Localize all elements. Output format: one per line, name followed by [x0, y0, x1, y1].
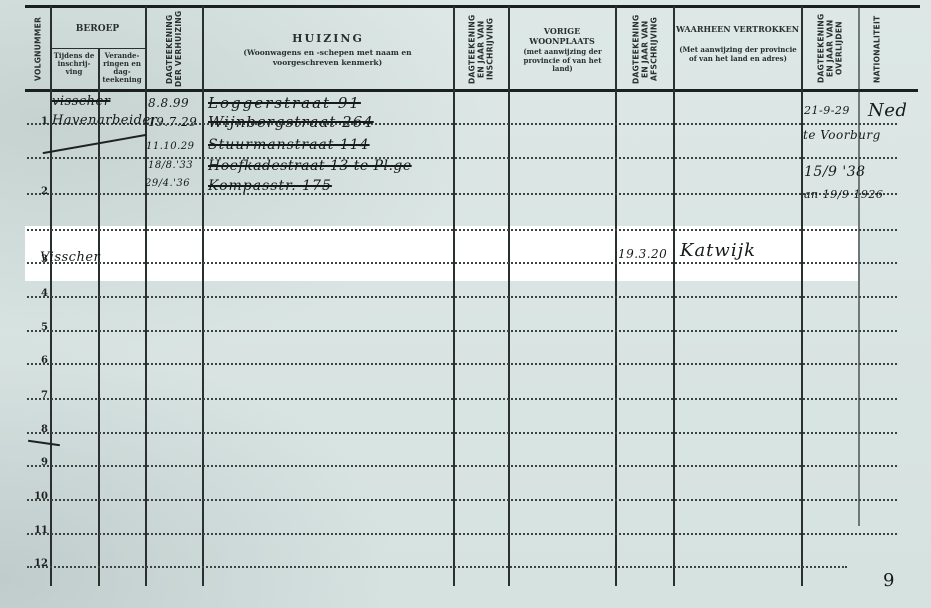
row-line — [27, 193, 897, 195]
header-huizing-subtitle: (Woonwagens en -schepen met naam en voor… — [225, 48, 430, 68]
afschrijving-date: 19.3.20 — [618, 247, 667, 261]
address-entry: Hoefkadestraat 13 te Pl.ge — [208, 158, 412, 174]
header-vorige-woonplaats-subtitle: (met aanwijzing der provincie of van het… — [515, 48, 610, 74]
header-dagteekening-verhuizing: DAGTEEKENING DER VERHUIZING — [150, 10, 198, 88]
verhuizing-date: 18/8.'33 — [148, 160, 193, 171]
nationaliteit-entry: Ned — [868, 100, 907, 121]
row-number: 4 — [30, 288, 48, 299]
row-line — [27, 566, 847, 568]
row-line — [27, 398, 897, 400]
row-line — [27, 157, 897, 159]
header-beroep-veranderingen: Verande-ringen en dag-teekening — [100, 52, 144, 84]
header-waarheen-subtitle: (Met aanwijzing der provincie of van het… — [678, 46, 798, 63]
header-huizing: HUIZING — [204, 32, 452, 45]
header-dagteekening-inschrijving: DAGTEEKENING EN JAAR VAN INSCHRIJVING — [458, 10, 504, 88]
waarheen-entry: Katwijk — [680, 240, 756, 261]
address-entry: Stuurmanstraat 114 — [208, 137, 370, 153]
pen-stroke — [43, 134, 147, 154]
page-mark: 9 — [883, 570, 895, 591]
row-line — [27, 330, 897, 332]
register-card: VOLGNUMMER BEROEP Tijdens de inschrij-vi… — [0, 0, 931, 608]
top-rule — [25, 5, 920, 8]
row-number: 6 — [30, 355, 48, 366]
beroep-entry: Havenarbeider — [52, 113, 157, 128]
header-volgnummer: VOLGNUMMER — [30, 10, 46, 88]
beroep-entry: visscher — [52, 94, 110, 109]
header-nationaliteit: NATIONALITEIT — [862, 10, 892, 88]
row-number: 5 — [30, 322, 48, 333]
row-number: 9 — [30, 457, 48, 468]
row-line — [27, 296, 897, 298]
header-beroep-tijdens: Tijdens de inschrij-ving — [52, 52, 96, 76]
row-line — [27, 229, 897, 231]
col-line — [858, 6, 860, 526]
overlijden-entry: an 19/9 1926 — [804, 188, 883, 201]
beroep-entry: Visscher — [40, 250, 100, 265]
row-number: 11 — [30, 525, 48, 536]
row-line — [27, 499, 897, 501]
row-number: 1 — [30, 116, 48, 127]
row-line — [27, 533, 897, 535]
row-number: 12 — [30, 558, 48, 569]
header-rule — [25, 89, 918, 92]
header-dagteekening-overlijden: DAGTEEKENING EN JAAR VAN OVERLIJDEN — [805, 8, 855, 88]
row-number: 2 — [30, 186, 48, 197]
verhuizing-date: 8.8.99 — [148, 96, 189, 110]
pen-stroke — [28, 440, 60, 446]
col-line — [98, 48, 100, 586]
row-number: 10 — [30, 491, 48, 502]
row-line — [27, 262, 897, 264]
row-number: 8 — [30, 424, 48, 435]
address-entry: Wijnbergstraat 264 — [208, 113, 374, 131]
overlijden-entry: te Voorburg — [803, 128, 881, 142]
row-number: 7 — [30, 390, 48, 401]
header-beroep: BEROEP — [50, 24, 145, 34]
address-entry: Loggerstraat 91 — [208, 94, 361, 112]
verhuizing-date: 29/4.'36 — [145, 178, 190, 189]
row-line — [27, 432, 897, 434]
address-entry: Kompasstr. 175 — [208, 178, 332, 194]
header-waarheen: WAARHEEN VERTROKKEN — [675, 24, 800, 34]
verhuizing-date: 19.7.29 — [148, 115, 197, 129]
beroep-sub-rule — [50, 48, 145, 49]
header-dagteekening-afschrijving: DAGTEEKENING EN JAAR VAN AFSCHRIJVING — [620, 10, 670, 88]
row-line — [27, 465, 897, 467]
header-vorige-woonplaats: VORIGE WOONPLAATS — [510, 26, 614, 46]
overlijden-entry: 15/9 '38 — [804, 164, 866, 180]
verhuizing-date: 11.10.29 — [146, 141, 195, 152]
overlijden-entry: 21-9-29 — [804, 104, 850, 117]
row-line — [27, 363, 897, 365]
